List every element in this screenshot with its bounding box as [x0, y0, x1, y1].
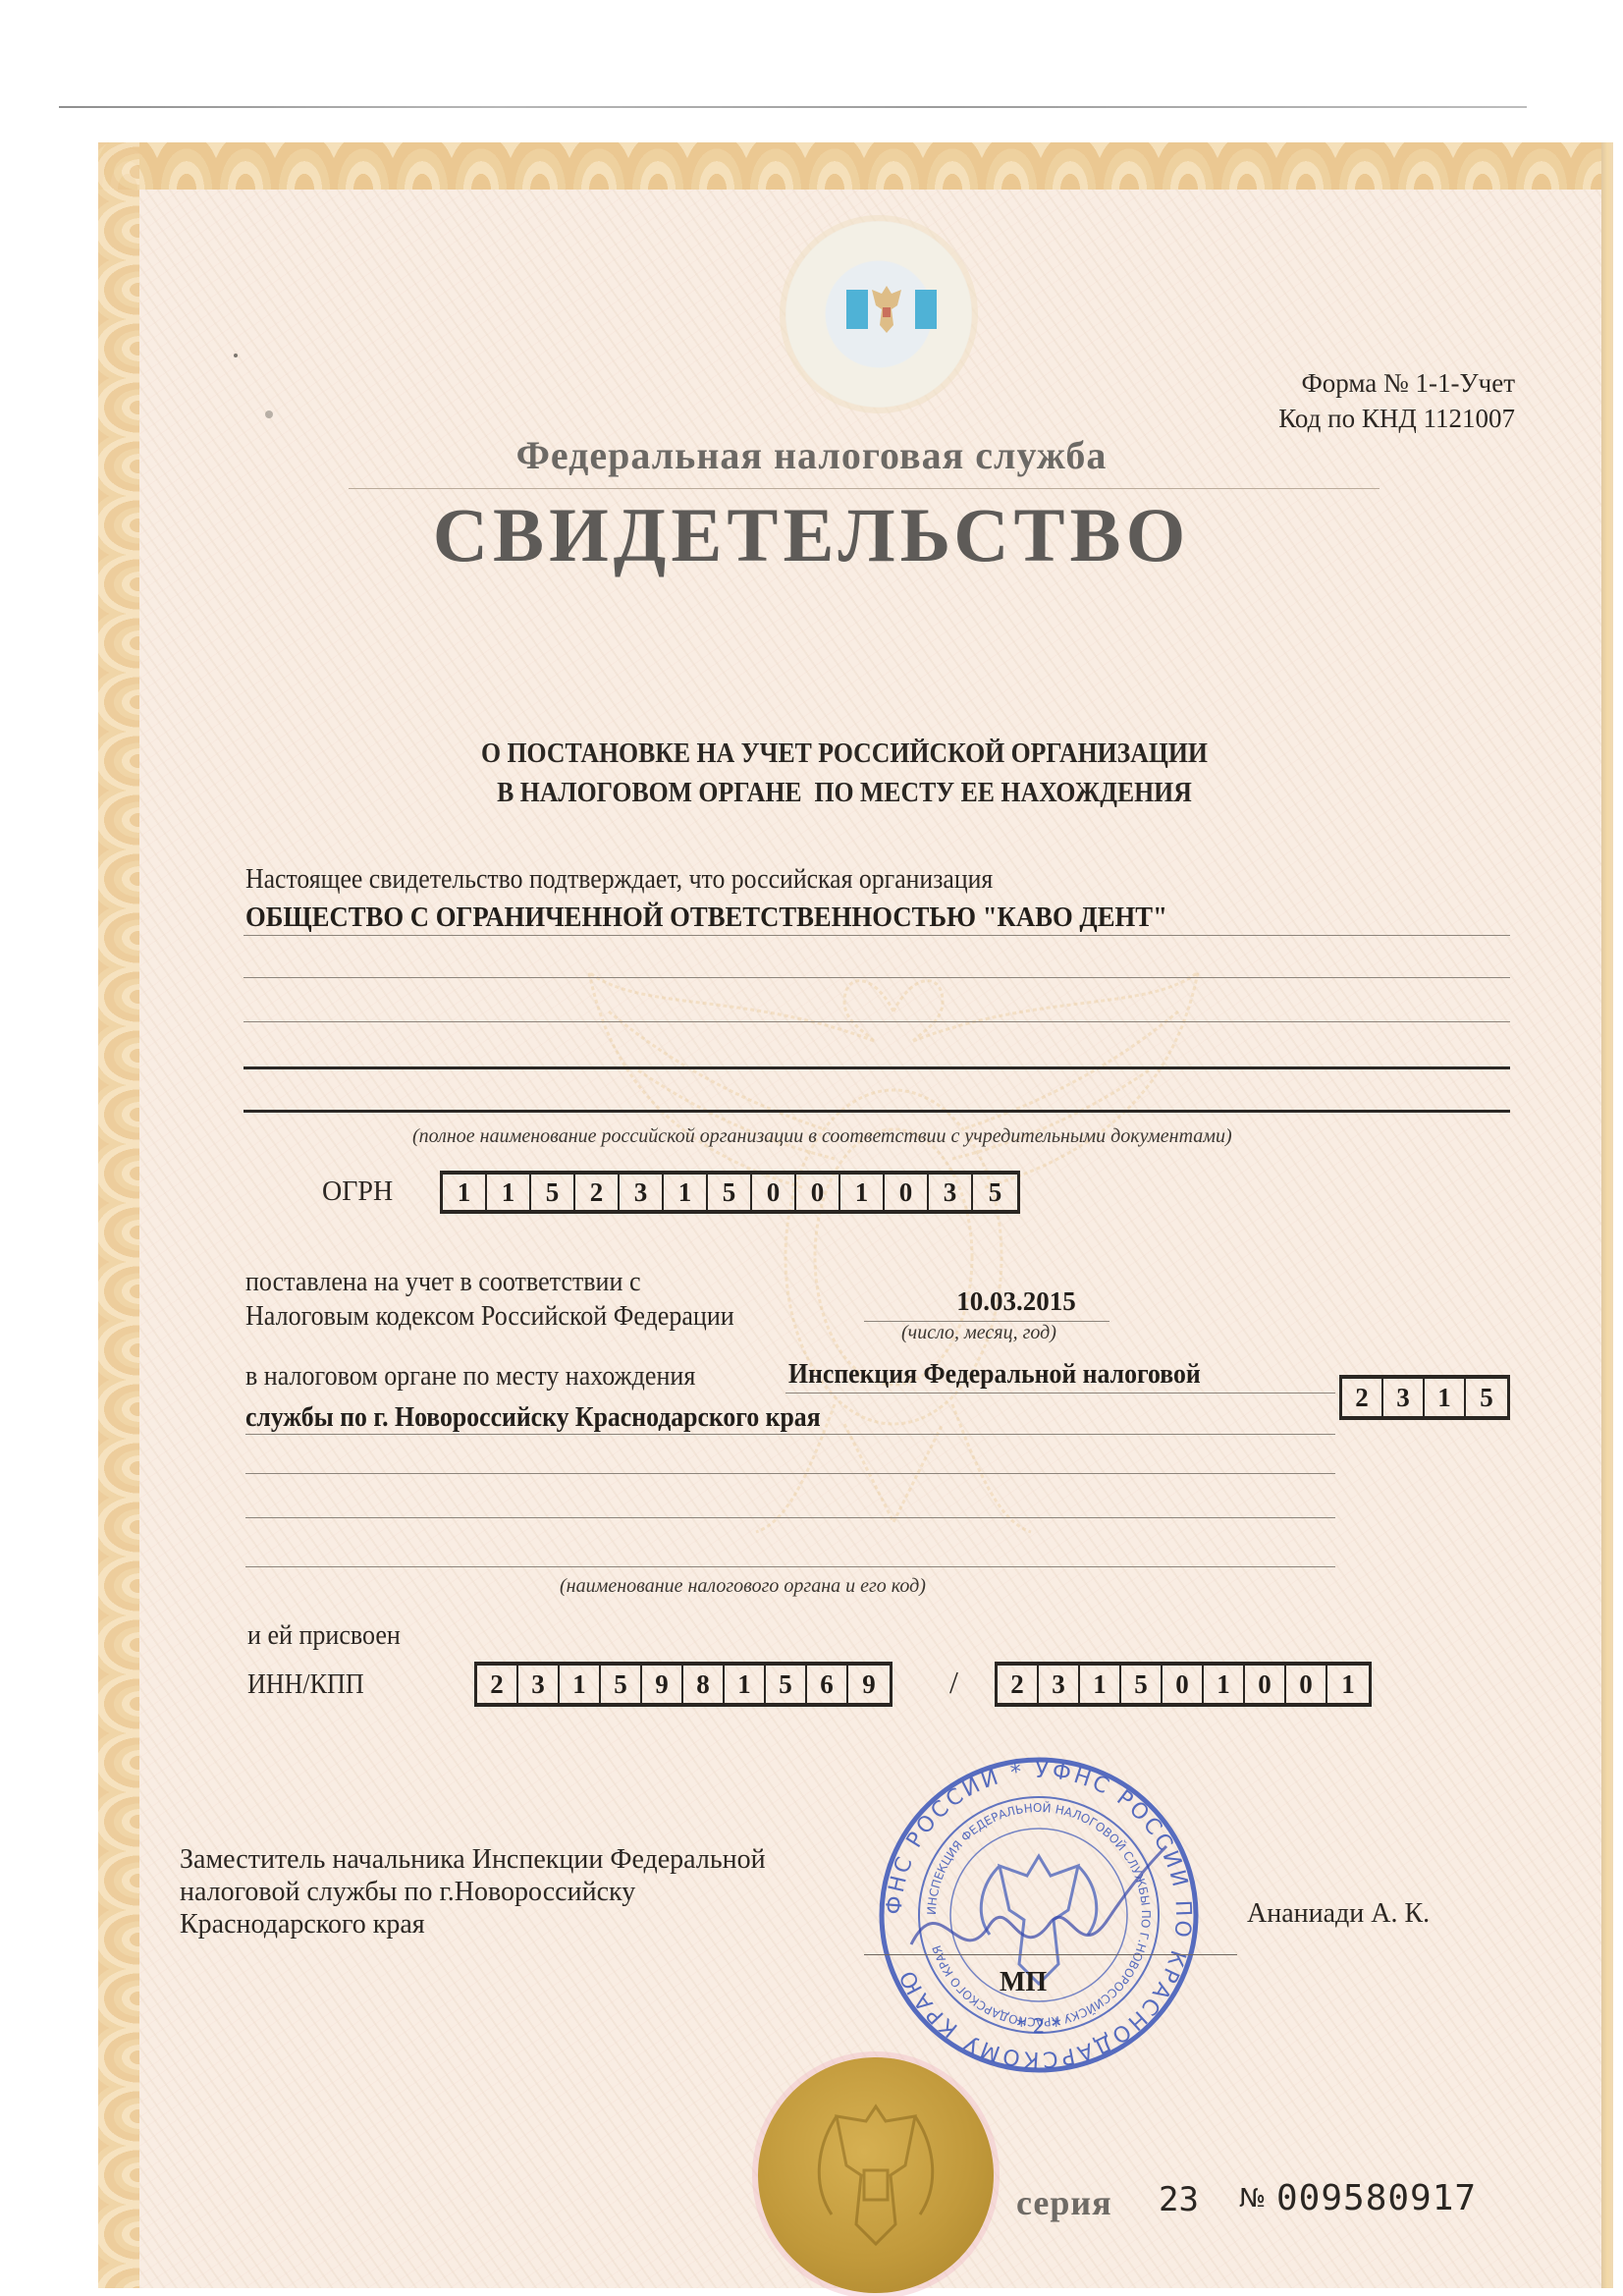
- kpp-digit: 5: [1121, 1666, 1163, 1703]
- authority-code-digit: 1: [1425, 1379, 1466, 1416]
- certificate-subtitle: О ПОСТАНОВКЕ НА УЧЕТ РОССИЙСКОЙ ОРГАНИЗА…: [68, 735, 1621, 813]
- kpp-digit: 2: [998, 1666, 1039, 1703]
- ogrn-digit: 1: [664, 1175, 708, 1210]
- ogrn-digit: 2: [575, 1175, 620, 1210]
- confirmation-text: Настоящее свидетельство подтверждает, чт…: [245, 864, 993, 896]
- official-stamp-icon: ФНС РОССИИ * УФНС РОССИИ ПО КРАСНОДАРСКО…: [852, 1748, 1225, 2082]
- signer-position: Заместитель начальника Инспекции Федерал…: [180, 1843, 766, 1941]
- kpp-digit: 0: [1286, 1666, 1327, 1703]
- ogrn-label: ОГРН: [322, 1176, 393, 1208]
- authority-name-line-2: службы по г. Новороссийску Краснодарског…: [245, 1402, 821, 1434]
- inn-digit: 3: [518, 1666, 560, 1703]
- authority-line-5: [245, 1566, 1335, 1567]
- org-name-line-3: [243, 1021, 1510, 1022]
- authority-code-digit: 2: [1342, 1379, 1383, 1416]
- ogrn-digit: 0: [796, 1175, 840, 1210]
- inn-digit: 5: [766, 1666, 807, 1703]
- inn-digit-boxes: 2315981569: [474, 1662, 893, 1707]
- ogrn-digit: 0: [885, 1175, 929, 1210]
- kpp-digit: 1: [1327, 1666, 1369, 1703]
- kpp-digit: 3: [1039, 1666, 1080, 1703]
- authority-name-line-1: Инспекция Федеральной налоговой: [788, 1359, 1201, 1391]
- inn-digit: 1: [560, 1666, 601, 1703]
- authority-code-digit: 5: [1466, 1379, 1507, 1416]
- ogrn-digit-boxes: 1152315001035: [440, 1171, 1020, 1214]
- org-name-line-2: [243, 977, 1510, 978]
- registration-line-2: Налоговым кодексом Российской Федерации: [245, 1301, 734, 1333]
- assigned-label: и ей присвоен: [247, 1620, 401, 1652]
- ogrn-digit: 5: [973, 1175, 1017, 1210]
- inn-kpp-separator: /: [949, 1665, 958, 1701]
- ogrn-digit: 3: [929, 1175, 973, 1210]
- inn-digit: 8: [683, 1666, 725, 1703]
- kpp-digit: 0: [1245, 1666, 1286, 1703]
- form-identifier: Форма № 1-1-Учет Код по КНД 1121007: [1278, 365, 1515, 436]
- scan-speck: [234, 354, 238, 357]
- registration-line-1: поставлена на учет в соответствии с: [245, 1267, 641, 1298]
- hologram-emblem: [785, 221, 972, 408]
- form-number: Форма № 1-1-Учет: [1278, 365, 1515, 401]
- inn-digit: 9: [848, 1666, 890, 1703]
- inn-digit: 6: [807, 1666, 848, 1703]
- subtitle-line-1: О ПОСТАНОВКЕ НА УЧЕТ РОССИЙСКОЙ ОРГАНИЗА…: [68, 735, 1621, 774]
- certificate-number: 009580917: [1276, 2178, 1477, 2218]
- kpp-digit: 0: [1163, 1666, 1204, 1703]
- number-sign: №: [1239, 2184, 1266, 2214]
- eagle-emblem-icon: [864, 280, 909, 339]
- authority-line-1: [785, 1393, 1335, 1394]
- signer-name: Ананиади А. К.: [1247, 1898, 1430, 1930]
- scan-speck: [265, 410, 273, 418]
- series-value: 23: [1159, 2180, 1199, 2219]
- agency-underline: [349, 488, 1380, 489]
- hologram-flag-right: [915, 290, 937, 329]
- scan-edge-line: [59, 106, 1527, 108]
- ogrn-digit: 1: [840, 1175, 885, 1210]
- signer-position-line-1: Заместитель начальника Инспекции Федерал…: [180, 1843, 766, 1876]
- ogrn-digit: 1: [487, 1175, 531, 1210]
- organization-name: ОБЩЕСТВО С ОГРАНИЧЕННОЙ ОТВЕТСТВЕННОСТЬЮ…: [245, 902, 1167, 934]
- subtitle-line-2: В НАЛОГОВОМ ОРГАНЕ ПО МЕСТУ ЕЕ НАХОЖДЕНИ…: [68, 774, 1621, 813]
- svg-text:* 2 *: * 2 *: [1016, 2014, 1060, 2038]
- authority-prefix: в налоговом органе по месту нахождения: [245, 1361, 695, 1393]
- kpp-digit: 1: [1080, 1666, 1121, 1703]
- authority-line-4: [245, 1517, 1335, 1518]
- certificate-title: СВИДЕТЕЛЬСТВО: [0, 491, 1623, 579]
- authority-line-3: [245, 1473, 1335, 1474]
- org-name-line-1: [243, 935, 1510, 936]
- ogrn-digit: 5: [531, 1175, 575, 1210]
- kpp-digit: 1: [1204, 1666, 1245, 1703]
- double-headed-eagle-icon: [797, 2087, 954, 2264]
- stamp-place-mark: МП: [1000, 1967, 1047, 1998]
- signature-line: [864, 1954, 1237, 1955]
- authority-line-2: [245, 1434, 1335, 1435]
- date-caption: (число, месяц, год): [901, 1322, 1056, 1344]
- org-name-caption: (полное наименование российской организа…: [412, 1125, 1232, 1148]
- knd-code: Код по КНД 1121007: [1278, 401, 1515, 436]
- kpp-digit-boxes: 231501001: [995, 1662, 1372, 1707]
- agency-name: Федеральная налоговая служба: [0, 432, 1623, 478]
- ogrn-digit: 3: [620, 1175, 664, 1210]
- signer-position-line-2: налоговой службы по г.Новороссийску: [180, 1876, 766, 1908]
- authority-code-digit: 3: [1383, 1379, 1425, 1416]
- inn-digit: 1: [725, 1666, 766, 1703]
- series-label: серия: [1016, 2182, 1112, 2223]
- registration-date: 10.03.2015: [928, 1286, 1105, 1317]
- ogrn-digit: 0: [752, 1175, 796, 1210]
- org-name-line-4: [243, 1066, 1510, 1069]
- inn-kpp-label: ИНН/КПП: [247, 1669, 364, 1701]
- gold-seal: [758, 2057, 994, 2293]
- inn-digit: 5: [601, 1666, 642, 1703]
- authority-code-boxes: 2315: [1339, 1375, 1510, 1420]
- ogrn-digit: 1: [443, 1175, 487, 1210]
- org-name-line-5: [243, 1110, 1510, 1113]
- signer-position-line-3: Краснодарского края: [180, 1908, 766, 1941]
- inn-digit: 2: [477, 1666, 518, 1703]
- authority-caption: (наименование налогового органа и его ко…: [560, 1575, 926, 1598]
- ogrn-digit: 5: [708, 1175, 752, 1210]
- inn-digit: 9: [642, 1666, 683, 1703]
- top-ornament: [98, 142, 1613, 190]
